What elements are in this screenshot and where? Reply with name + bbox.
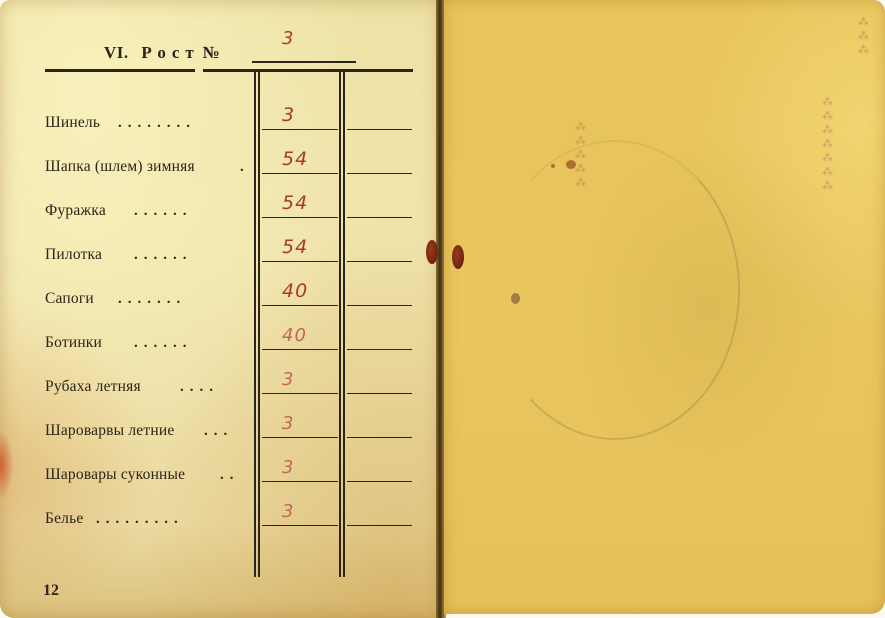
item-label: Шаровары суконные	[45, 466, 185, 484]
faded-ink-marks: ⁂⁂⁂	[858, 15, 876, 75]
item-size: 3	[282, 457, 294, 478]
item-label: Пилотка	[45, 246, 102, 264]
faded-ink-marks: ⁂⁂⁂⁂⁂⁂⁂	[822, 95, 840, 265]
leader-dots: ....	[180, 379, 219, 396]
extra-line	[347, 305, 412, 307]
item-label: Сапоги	[45, 290, 94, 308]
extra-line	[347, 481, 412, 483]
item-label: Белье	[45, 510, 83, 528]
leader-dots: ......	[134, 335, 193, 352]
table-row: Пилотка ...... 54	[0, 224, 440, 264]
staple-rust	[452, 245, 464, 269]
table-row: Шинель ........ 3	[0, 92, 440, 132]
extra-line	[347, 217, 412, 219]
leader-dots: .........	[96, 511, 184, 528]
leader-dots: ...	[204, 423, 233, 440]
size-line	[262, 305, 338, 307]
table-row: Шароварвы летние ... 3	[0, 400, 440, 440]
leader-dots: .	[240, 159, 250, 176]
size-line	[262, 129, 338, 131]
section-roman: VI.	[104, 43, 129, 62]
staple-rust	[426, 240, 438, 264]
item-size: 54	[282, 236, 308, 258]
table-row: Фуражка ...... 54	[0, 180, 440, 220]
extra-line	[347, 525, 412, 527]
item-label: Шинель	[45, 114, 100, 132]
item-size: 3	[282, 501, 294, 522]
item-size: 3	[282, 413, 294, 434]
page-number: 12	[43, 582, 59, 600]
header-rule-left	[45, 69, 195, 72]
item-label: Шапка (шлем) зимняя	[45, 158, 195, 176]
size-line	[262, 261, 338, 263]
extra-line	[347, 261, 412, 263]
size-line	[262, 437, 338, 439]
extra-line	[347, 349, 412, 351]
section-word: Рост	[141, 43, 199, 62]
extra-line	[347, 129, 412, 131]
leader-dots: .......	[118, 291, 186, 308]
booklet-spread: VI. Рост № 3 Шинель ........ 3 Шапка (шл…	[0, 0, 885, 618]
header-rule-right	[203, 69, 413, 72]
extra-line	[347, 437, 412, 439]
height-number-value: 3	[282, 28, 293, 49]
size-line	[262, 349, 338, 351]
item-size: 54	[282, 148, 308, 170]
ink-spot	[551, 164, 555, 168]
height-number-line	[252, 61, 356, 63]
table-row: Шапка (шлем) зимняя . 54	[0, 136, 440, 176]
section-title: VI. Рост №	[104, 43, 220, 63]
size-line	[262, 481, 338, 483]
leader-dots: ......	[134, 203, 193, 220]
table-row: Рубаха летняя .... 3	[0, 356, 440, 396]
left-page: VI. Рост № 3 Шинель ........ 3 Шапка (шл…	[0, 0, 440, 618]
table-row: Белье ......... 3	[0, 488, 440, 528]
item-label: Шароварвы летние	[45, 422, 174, 440]
ink-spot	[511, 293, 520, 304]
size-line	[262, 525, 338, 527]
item-size: 3	[282, 369, 294, 390]
item-label: Ботинки	[45, 334, 102, 352]
number-sign: №	[203, 43, 221, 62]
leader-dots: ..	[220, 467, 240, 484]
item-size: 40	[282, 325, 307, 346]
size-line	[262, 173, 338, 175]
item-label: Рубаха летняя	[45, 378, 141, 396]
faded-stamp	[490, 140, 740, 440]
leader-dots: ......	[134, 247, 193, 264]
leader-dots: ........	[118, 115, 196, 132]
extra-line	[347, 393, 412, 395]
faded-ink-marks: ⁂⁂⁂⁂⁂	[575, 120, 593, 240]
table-row: Шаровары суконные .. 3	[0, 444, 440, 484]
table-row: Сапоги ....... 40	[0, 268, 440, 308]
item-size: 40	[282, 280, 308, 302]
item-label: Фуражка	[45, 202, 106, 220]
extra-line	[347, 173, 412, 175]
size-line	[262, 393, 338, 395]
item-size: 54	[282, 192, 308, 214]
item-size: 3	[282, 104, 295, 126]
size-line	[262, 217, 338, 219]
table-row: Ботинки ...... 40	[0, 312, 440, 352]
